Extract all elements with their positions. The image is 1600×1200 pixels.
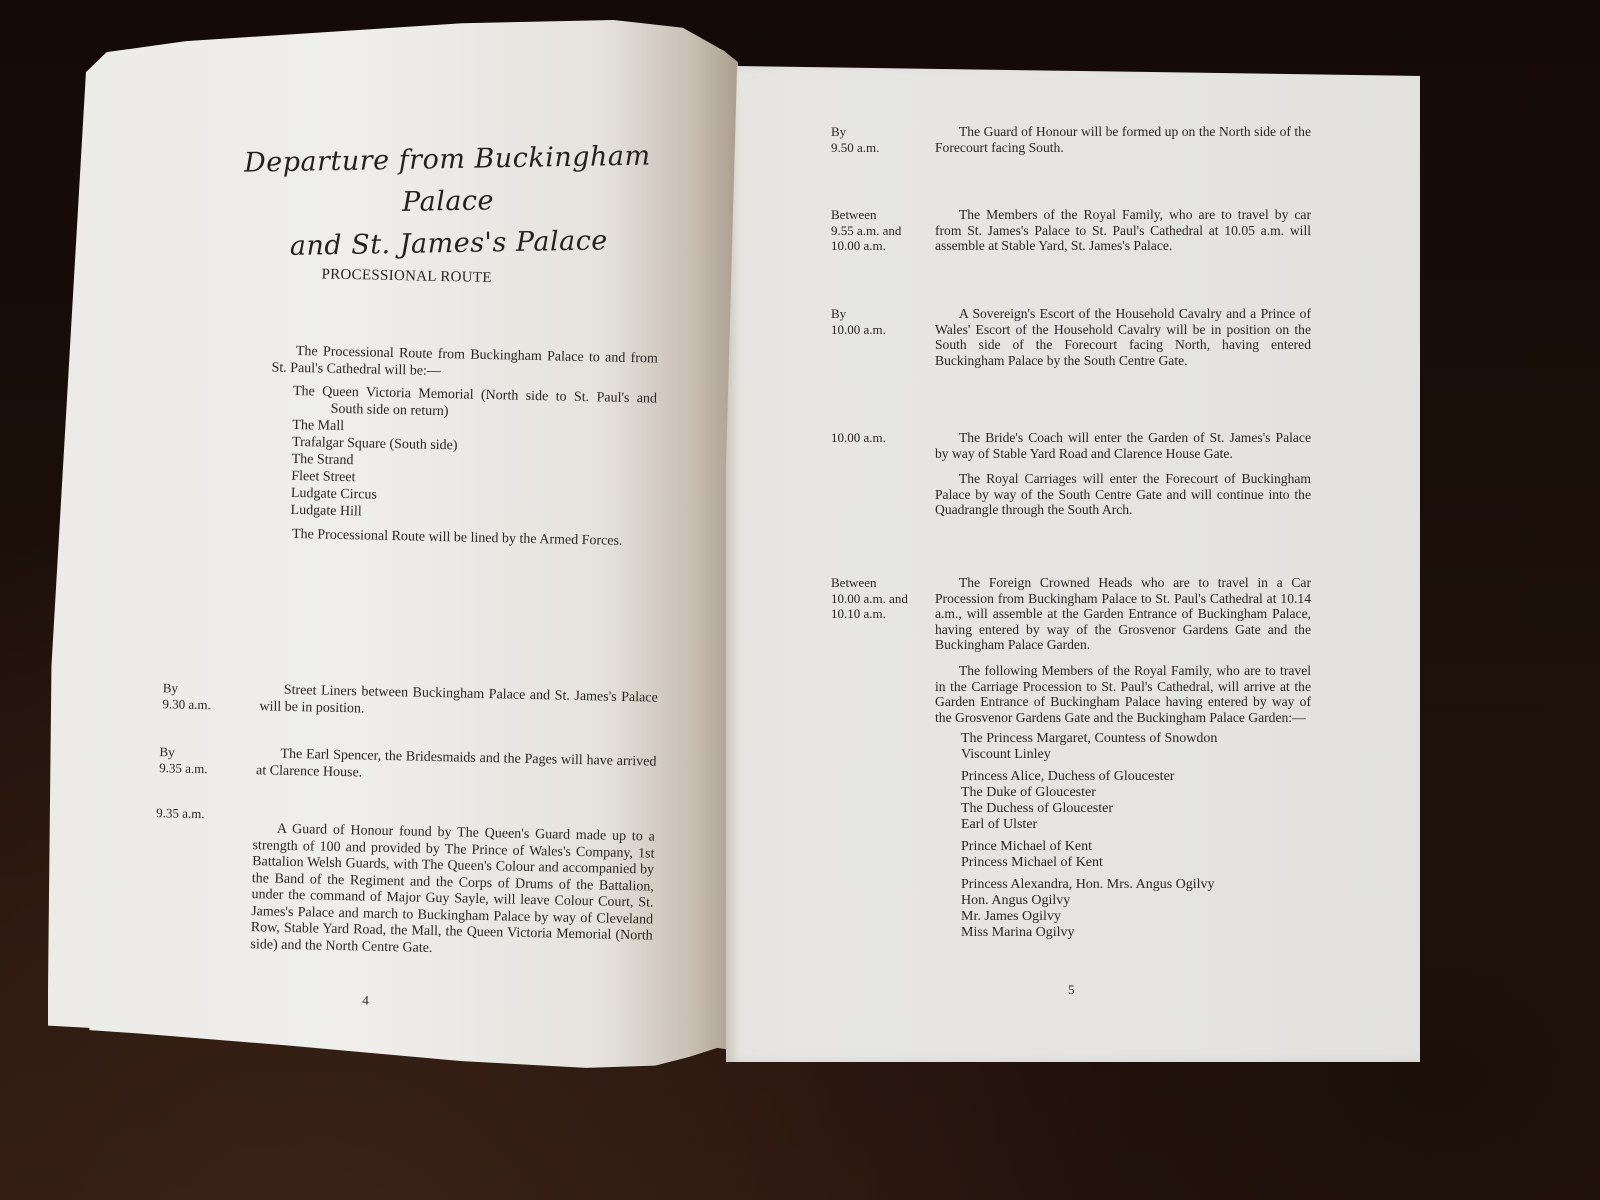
entry-time: 9.35 a.m. <box>153 805 253 953</box>
route-outro: The Processional Route will be lined by … <box>268 526 654 551</box>
entry-text: A Guard of Honour found by The Queen's G… <box>250 821 655 961</box>
entry-description: Street Liners between Buckingham Palace … <box>259 682 658 723</box>
page-title: Departure from Buckingham Palace and St.… <box>197 135 699 270</box>
entry-text: The Royal Carriages will enter the Forec… <box>935 471 1311 518</box>
section-heading: PROCESSIONAL ROUTE <box>321 266 492 287</box>
right-page: By 9.50 a.m. The Guard of Honour will be… <box>726 66 1420 1062</box>
entry-time-line: By <box>831 124 935 140</box>
family-member: Miss Marina Ogilvy <box>961 925 1311 941</box>
family-member: The Princess Margaret, Countess of Snowd… <box>961 731 1311 747</box>
route-list: The Queen Victoria Memorial (North side … <box>290 383 657 527</box>
family-member: Earl of Ulster <box>961 817 1311 833</box>
entry-description: The Members of the Royal Family, who are… <box>935 207 1311 254</box>
entry-time: 10.00 a.m. <box>831 430 935 518</box>
entry-time: By 10.00 a.m. <box>831 306 935 368</box>
entry-description: The Foreign Crowned Heads who are to tra… <box>935 575 1311 941</box>
entry-description: The Earl Spencer, the Bridesmaids and th… <box>256 746 657 787</box>
family-member: The Duchess of Gloucester <box>961 801 1311 817</box>
entry-text: A Sovereign's Escort of the Household Ca… <box>935 306 1311 368</box>
processional-route-block: The Processional Route from Buckingham P… <box>268 343 658 551</box>
entry-time: Between 9.55 a.m. and 10.00 a.m. <box>831 207 935 254</box>
entry-time-line: 10.00 a.m. <box>831 430 935 446</box>
entry-time-line: By <box>831 306 935 322</box>
schedule-entry: By 9.50 a.m. The Guard of Honour will be… <box>831 124 1311 155</box>
entry-time-line: 10.10 a.m. <box>831 606 935 622</box>
entry-text: The following Members of the Royal Famil… <box>935 663 1311 725</box>
schedule-entry: 9.35 a.m. A Guard of Honour found by The… <box>153 805 655 961</box>
entry-description: The Guard of Honour will be formed up on… <box>935 124 1311 155</box>
entry-text: The Bride's Coach will enter the Garden … <box>935 430 1311 461</box>
entry-time-line: 9.30 a.m. <box>162 696 259 714</box>
route-intro: The Processional Route from Buckingham P… <box>271 343 658 384</box>
schedule-entry: By 10.00 a.m. A Sovereign's Escort of th… <box>831 306 1311 368</box>
family-member: Viscount Linley <box>961 747 1311 763</box>
entry-time-line: 9.55 a.m. and <box>831 223 935 239</box>
family-member: Princess Alice, Duchess of Gloucester <box>961 769 1311 785</box>
entry-time-line: 10.00 a.m. <box>831 322 935 338</box>
family-group: Prince Michael of Kent Princess Michael … <box>961 839 1311 871</box>
schedule-entry: Between 9.55 a.m. and 10.00 a.m. The Mem… <box>831 207 1311 254</box>
entry-time: Between 10.00 a.m. and 10.10 a.m. <box>831 575 935 941</box>
family-member: Princess Michael of Kent <box>961 855 1311 871</box>
schedule-entry: 10.00 a.m. The Bride's Coach will enter … <box>831 430 1311 518</box>
entry-time: By 9.35 a.m. <box>159 744 257 779</box>
page-number: 4 <box>362 992 369 1008</box>
entry-description: A Guard of Honour found by The Queen's G… <box>250 807 655 961</box>
entry-text: The Members of the Royal Family, who are… <box>935 207 1311 254</box>
entry-text: The Guard of Honour will be formed up on… <box>935 124 1311 155</box>
entry-text: The Earl Spencer, the Bridesmaids and th… <box>256 746 657 787</box>
royal-family-list: The Princess Margaret, Countess of Snowd… <box>961 731 1311 941</box>
schedule-entry: Between 10.00 a.m. and 10.10 a.m. The Fo… <box>831 575 1311 941</box>
entry-time: By 9.30 a.m. <box>162 680 260 715</box>
entry-description: A Sovereign's Escort of the Household Ca… <box>935 306 1311 368</box>
family-member: The Duke of Gloucester <box>961 785 1311 801</box>
schedule-entry: By 9.30 a.m. Street Liners between Bucki… <box>162 680 658 723</box>
family-member: Mr. James Ogilvy <box>961 909 1311 925</box>
entry-time-line: 9.35 a.m. <box>156 805 253 823</box>
schedule-entry: By 9.35 a.m. The Earl Spencer, the Bride… <box>159 744 657 787</box>
entry-time-line: 9.50 a.m. <box>831 140 935 156</box>
page-number: 5 <box>1068 982 1075 998</box>
entry-time-line: Between <box>831 575 935 591</box>
family-group: The Princess Margaret, Countess of Snowd… <box>961 731 1311 763</box>
family-member: Prince Michael of Kent <box>961 839 1311 855</box>
title-line-2: and St. James's Palace <box>198 219 699 270</box>
entry-time-line: 10.00 a.m. and <box>831 591 935 607</box>
left-page-content: Departure from Buckingham Palace and St.… <box>34 0 747 1117</box>
entry-time-line: 9.35 a.m. <box>159 760 256 778</box>
entry-time: By 9.50 a.m. <box>831 124 935 155</box>
entry-text: The Foreign Crowned Heads who are to tra… <box>935 575 1311 653</box>
left-page: Departure from Buckingham Palace and St.… <box>48 0 738 1110</box>
entry-time-line: 10.00 a.m. <box>831 238 935 254</box>
entry-text: Street Liners between Buckingham Palace … <box>259 682 658 723</box>
family-member: Hon. Angus Ogilvy <box>961 893 1311 909</box>
family-member: Princess Alexandra, Hon. Mrs. Angus Ogil… <box>961 877 1311 893</box>
entry-description: The Bride's Coach will enter the Garden … <box>935 430 1311 518</box>
title-line-1: Departure from Buckingham Palace <box>197 135 698 228</box>
family-group: Princess Alice, Duchess of Gloucester Th… <box>961 769 1311 833</box>
entry-time-line: Between <box>831 207 935 223</box>
family-group: Princess Alexandra, Hon. Mrs. Angus Ogil… <box>961 877 1311 941</box>
